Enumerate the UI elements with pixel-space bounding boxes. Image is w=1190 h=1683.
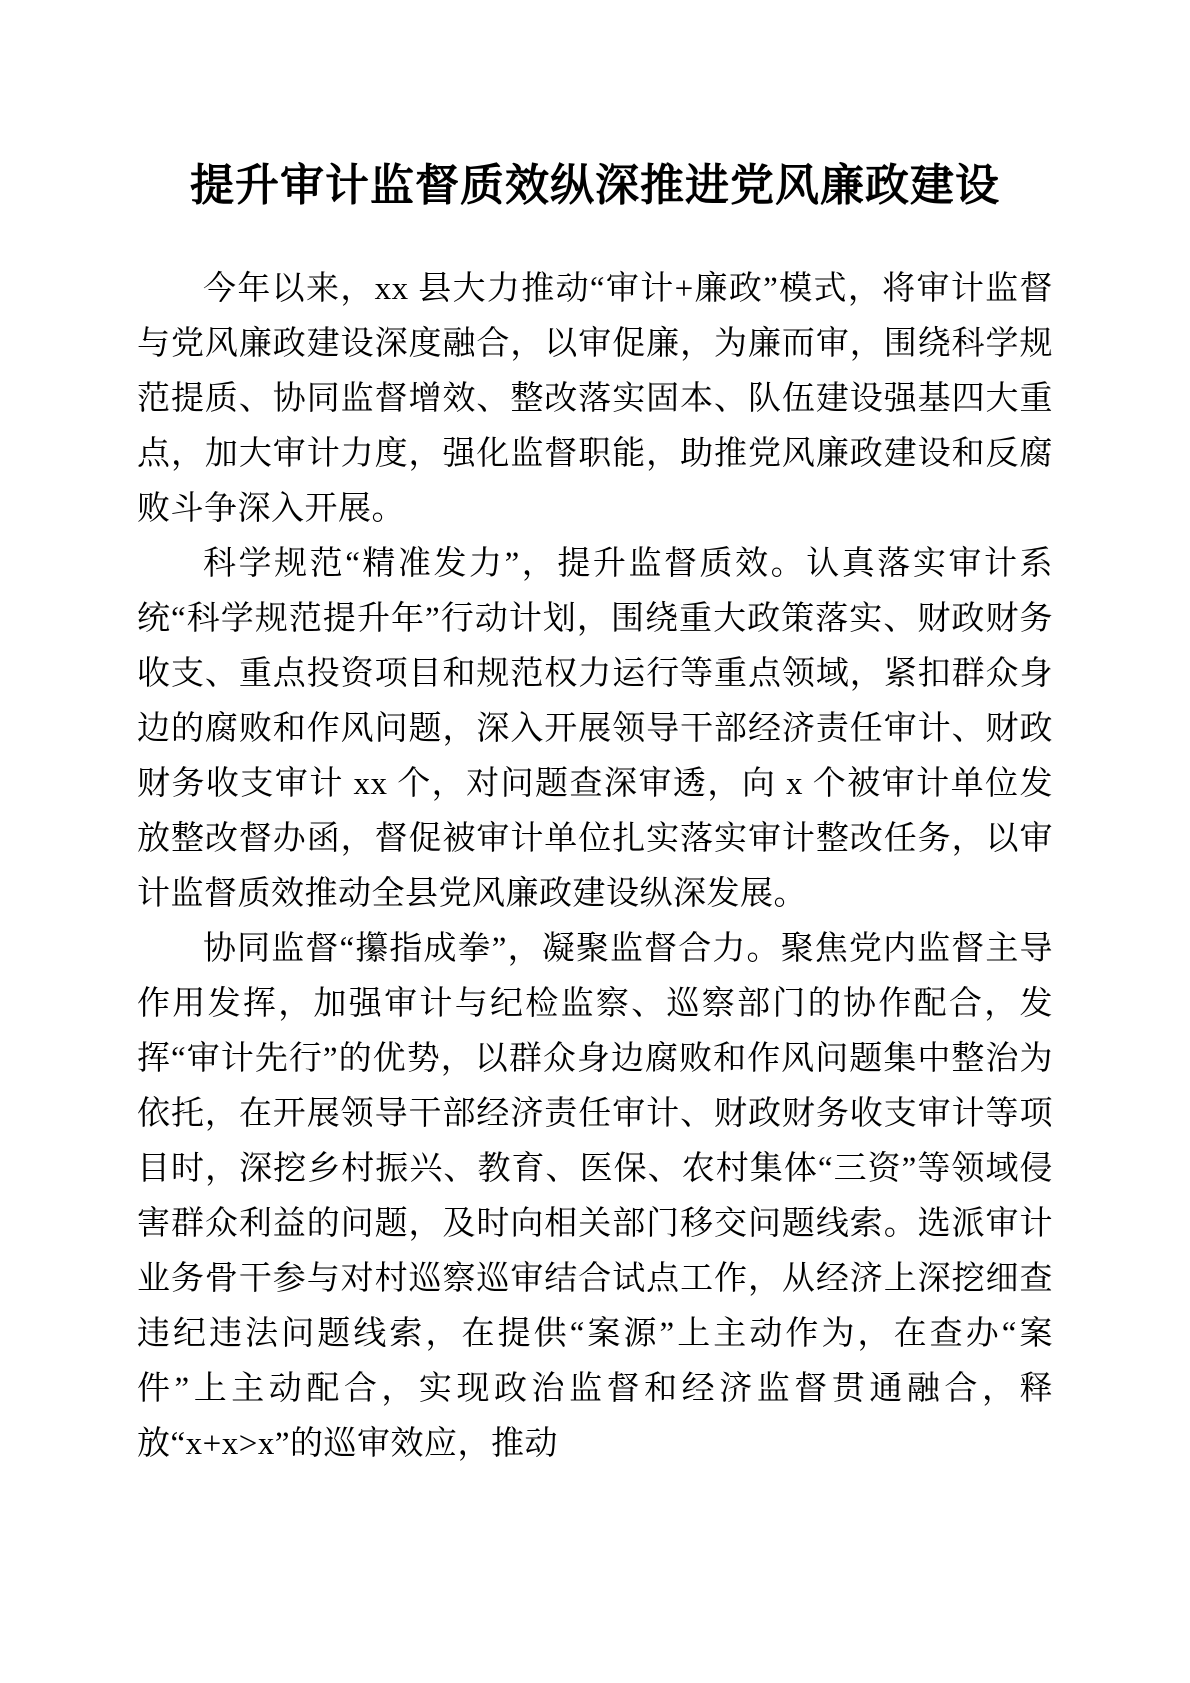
paragraph-section-2: 协同监督“攥指成拳”，凝聚监督合力。聚焦党内监督主导作用发挥，加强审计与纪检监察…: [137, 922, 1053, 1472]
document-body: 今年以来，xx 县大力推动“审计+廉政”模式，将审计监督与党风廉政建设深度融合，…: [137, 262, 1053, 1472]
paragraph-intro: 今年以来，xx 县大力推动“审计+廉政”模式，将审计监督与党风廉政建设深度融合，…: [137, 262, 1053, 537]
document-page: 提升审计监督质效纵深推进党风廉政建设 今年以来，xx 县大力推动“审计+廉政”模…: [0, 0, 1190, 1683]
paragraph-section-1: 科学规范“精准发力”，提升监督质效。认真落实审计系统“科学规范提升年”行动计划，…: [137, 537, 1053, 922]
document-title: 提升审计监督质效纵深推进党风廉政建设: [137, 150, 1053, 222]
